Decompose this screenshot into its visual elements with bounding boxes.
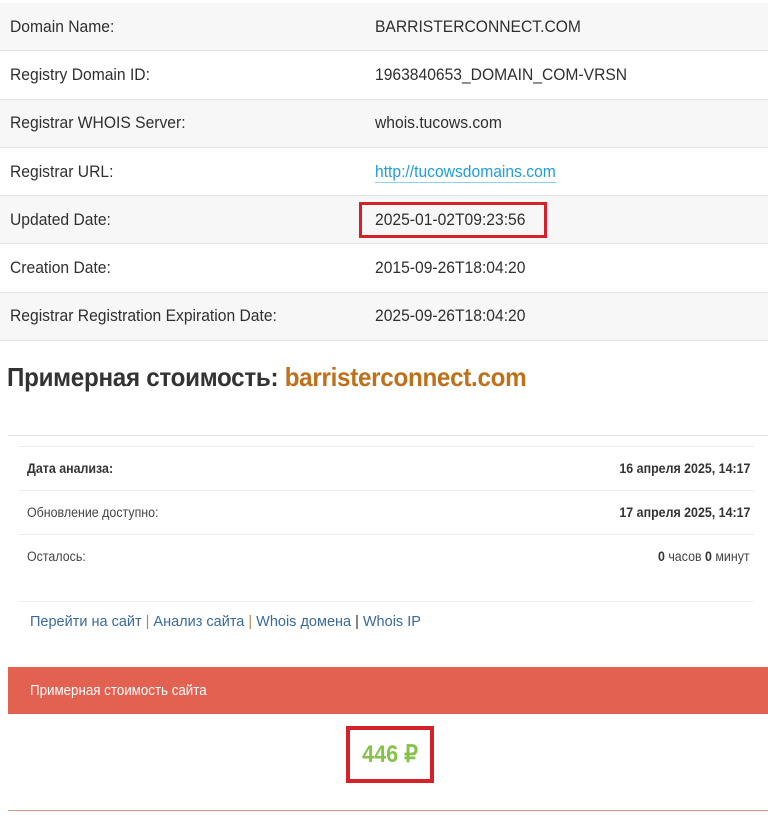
whois-row-creation-date: Creation Date: 2015-09-26T18:04:20 [0,244,768,292]
update-available-label: Обновление доступно: [27,505,159,520]
whois-label: Registry Domain ID: [10,65,150,85]
price-panel-bottom-border [8,810,768,811]
price-panel-title: Примерная стоимость сайта [30,683,207,699]
whois-value: http://tucowsdomains.com [375,162,556,182]
price-value: 446 ₽ [362,740,418,769]
price-panel-header: Примерная стоимость сайта [8,667,768,714]
analysis-info-panel: Дата анализа: 16 апреля 2025, 14:17 Обно… [19,446,754,578]
whois-label: Domain Name: [10,17,114,37]
whois-value: 2025-09-26T18:04:20 [375,306,525,326]
remaining-row: Осталось: 0 часов 0 минут [19,534,754,578]
whois-value: 1963840653_DOMAIN_COM-VRSN [375,65,627,85]
remaining-label: Осталось: [27,549,86,564]
whois-table: Domain Name: BARRISTERCONNECT.COM Regist… [0,3,768,341]
analysis-date-row: Дата анализа: 16 апреля 2025, 14:17 [19,446,754,490]
whois-label: Registrar URL: [10,162,113,182]
divider [19,601,754,602]
whois-row-registrar-whois-server: Registrar WHOIS Server: whois.tucows.com [0,100,768,148]
action-links: Перейти на сайт|Анализ сайта|Whois домен… [30,614,421,630]
whois-value: BARRISTERCONNECT.COM [375,17,581,37]
whois-value: 2025-01-02T09:23:56 [375,210,525,230]
analysis-date-value: 16 апреля 2025, 14:17 [619,461,750,476]
whois-row-updated-date: Updated Date: 2025-01-02T09:23:56 [0,196,768,244]
whois-row-registry-domain-id: Registry Domain ID: 1963840653_DOMAIN_CO… [0,51,768,99]
estimate-heading: Примерная стоимость: barristerconnect.co… [7,362,526,393]
link-separator: | [355,614,359,630]
update-available-value: 17 апреля 2025, 14:17 [619,505,750,520]
whois-label: Updated Date: [10,210,111,230]
whois-value: whois.tucows.com [375,113,502,133]
update-available-row: Обновление доступно: 17 апреля 2025, 14:… [19,490,754,534]
registrar-url-link[interactable]: http://tucowsdomains.com [375,162,556,183]
estimate-heading-domain: barristerconnect.com [285,362,527,392]
site-analysis-link[interactable]: Анализ сайта [153,614,244,630]
whois-label: Creation Date: [10,258,111,278]
price-highlight-box: 446 ₽ [346,726,434,783]
whois-domain-link[interactable]: Whois домена [256,614,351,630]
link-separator: | [248,614,252,630]
remaining-minutes-unit: минут [712,549,750,564]
whois-label: Registrar Registration Expiration Date: [10,306,277,326]
whois-value: 2015-09-26T18:04:20 [375,258,525,278]
remaining-hours-unit: часов [665,549,705,564]
whois-row-expiration-date: Registrar Registration Expiration Date: … [0,293,768,341]
whois-row-registrar-url: Registrar URL: http://tucowsdomains.com [0,148,768,196]
whois-label: Registrar WHOIS Server: [10,113,186,133]
estimate-heading-prefix: Примерная стоимость: [7,362,285,392]
whois-row-domain-name: Domain Name: BARRISTERCONNECT.COM [0,3,768,51]
divider [8,435,768,436]
whois-ip-link[interactable]: Whois IP [363,614,421,630]
analysis-date-label: Дата анализа: [27,461,113,476]
go-to-site-link[interactable]: Перейти на сайт [30,614,142,630]
remaining-value: 0 часов 0 минут [658,549,750,564]
link-separator: | [146,614,150,630]
